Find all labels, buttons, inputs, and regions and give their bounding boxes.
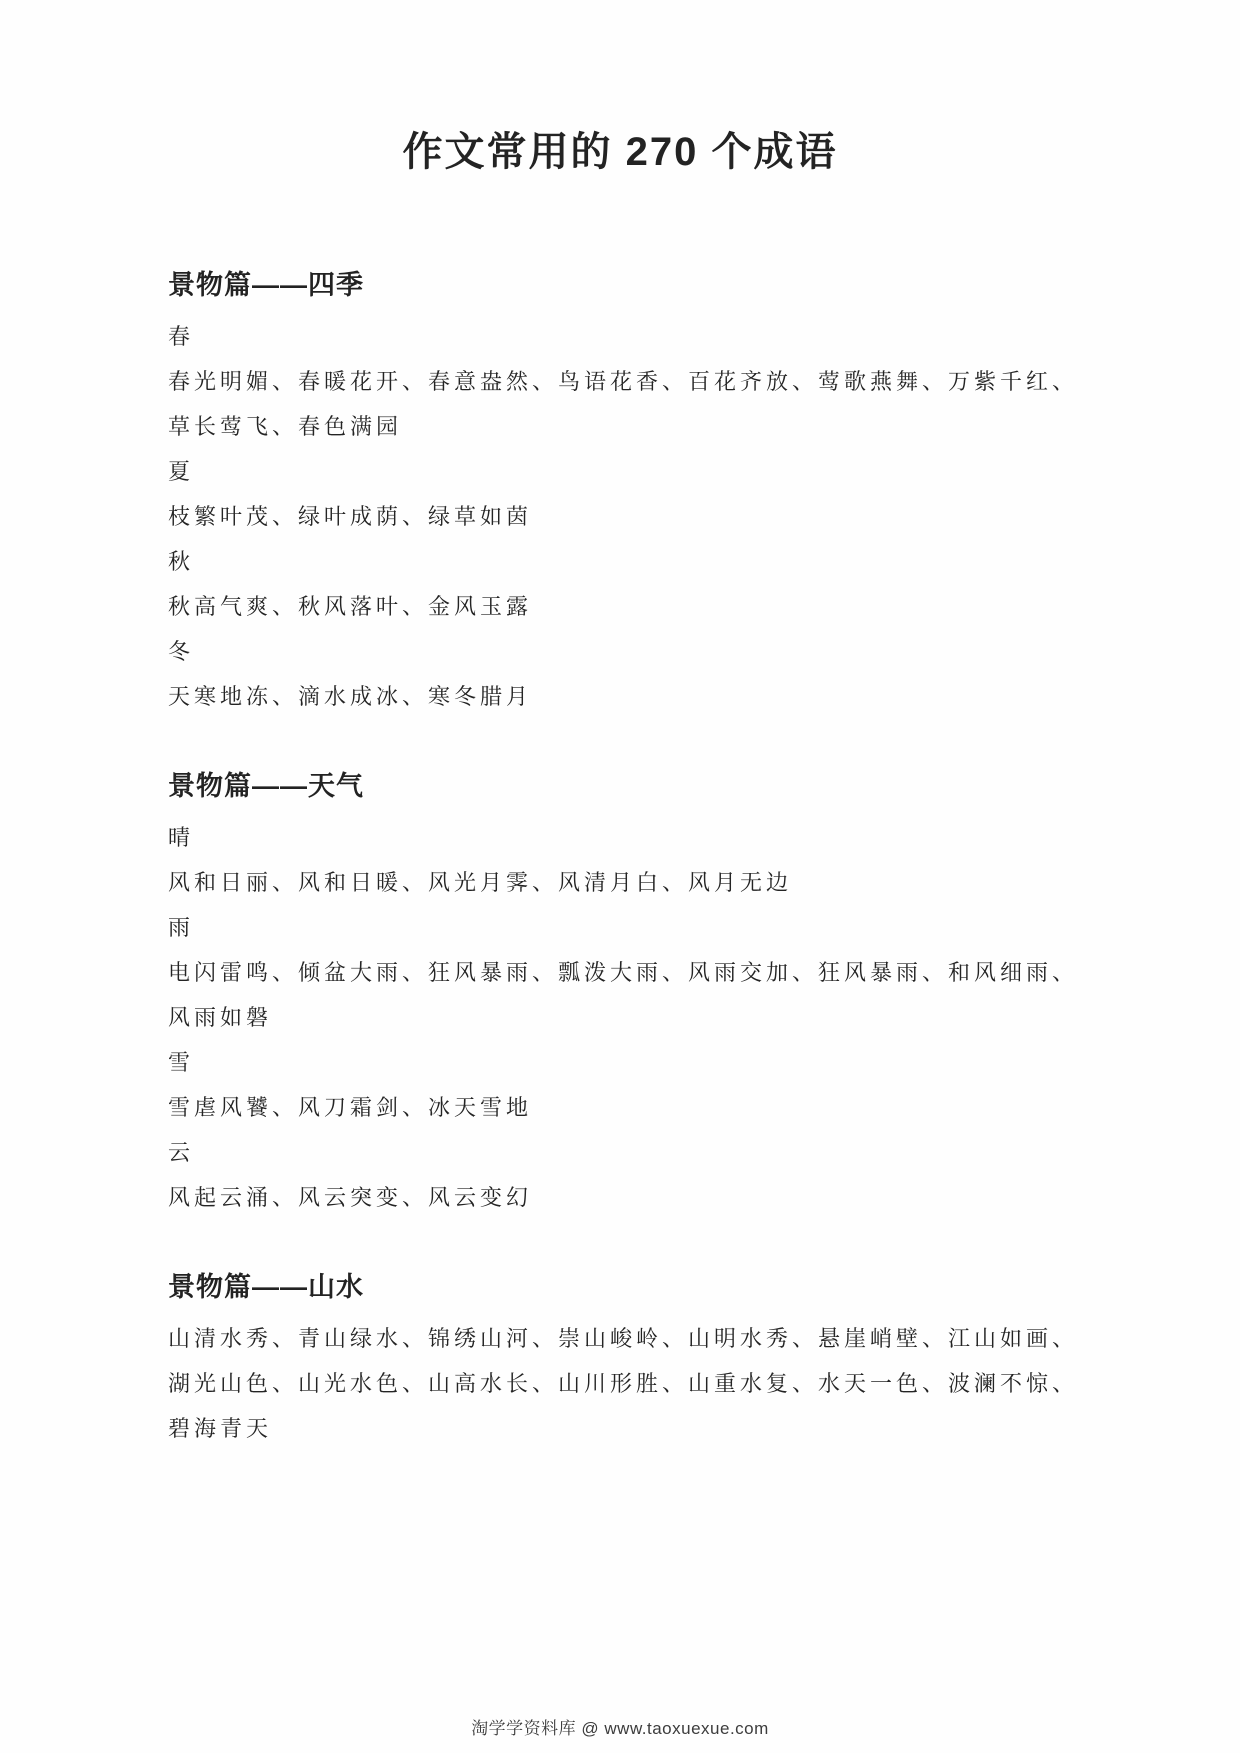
idiom-list-snow: 雪虐风饕、风刀霜剑、冰天雪地 (168, 1085, 1094, 1130)
section-weather: 景物篇——天气 晴 风和日丽、风和日暖、风光月霁、风清月白、风月无边 雨 电闪雷… (168, 769, 1094, 1220)
document-body: 景物篇——四季 春 春光明媚、春暖花开、春意盎然、鸟语花香、百花齐放、莺歌燕舞、… (0, 268, 1240, 1451)
group-label-rain: 雨 (168, 905, 1094, 950)
idiom-list-sunny: 风和日丽、风和日暖、风光月霁、风清月白、风月无边 (168, 860, 1094, 905)
section-heading-weather: 景物篇——天气 (168, 769, 1094, 803)
idiom-list-landscape: 山清水秀、青山绿水、锦绣山河、崇山峻岭、山明水秀、悬崖峭壁、江山如画、湖光山色、… (168, 1316, 1094, 1451)
idiom-list-spring: 春光明媚、春暖花开、春意盎然、鸟语花香、百花齐放、莺歌燕舞、万紫千红、草长莺飞、… (168, 359, 1094, 449)
idiom-list-summer: 枝繁叶茂、绿叶成荫、绿草如茵 (168, 494, 1094, 539)
group-label-spring: 春 (168, 314, 1094, 359)
section-heading-landscape: 景物篇——山水 (168, 1270, 1094, 1304)
idiom-list-winter: 天寒地冻、滴水成冰、寒冬腊月 (168, 674, 1094, 719)
idiom-list-cloud: 风起云涌、风云突变、风云变幻 (168, 1175, 1094, 1220)
section-landscape: 景物篇——山水 山清水秀、青山绿水、锦绣山河、崇山峻岭、山明水秀、悬崖峭壁、江山… (168, 1270, 1094, 1451)
idiom-list-rain: 电闪雷鸣、倾盆大雨、狂风暴雨、瓢泼大雨、风雨交加、狂风暴雨、和风细雨、风雨如磐 (168, 950, 1094, 1040)
group-label-snow: 雪 (168, 1040, 1094, 1085)
document-page: 作文常用的 270 个成语 景物篇——四季 春 春光明媚、春暖花开、春意盎然、鸟… (0, 0, 1240, 1753)
group-label-winter: 冬 (168, 629, 1094, 674)
section-heading-four-seasons: 景物篇——四季 (168, 268, 1094, 302)
section-four-seasons: 景物篇——四季 春 春光明媚、春暖花开、春意盎然、鸟语花香、百花齐放、莺歌燕舞、… (168, 268, 1094, 719)
footer-watermark-text: 淘学学资料库 @ www.taoxuexue.com (471, 1719, 769, 1738)
page-title: 作文常用的 270 个成语 (0, 128, 1240, 176)
group-label-autumn: 秋 (168, 539, 1094, 584)
group-label-cloud: 云 (168, 1130, 1094, 1175)
group-label-sunny: 晴 (168, 815, 1094, 860)
page-footer: 淘学学资料库 @ www.taoxuexue.com (0, 1714, 1240, 1739)
group-label-summer: 夏 (168, 449, 1094, 494)
idiom-list-autumn: 秋高气爽、秋风落叶、金风玉露 (168, 584, 1094, 629)
